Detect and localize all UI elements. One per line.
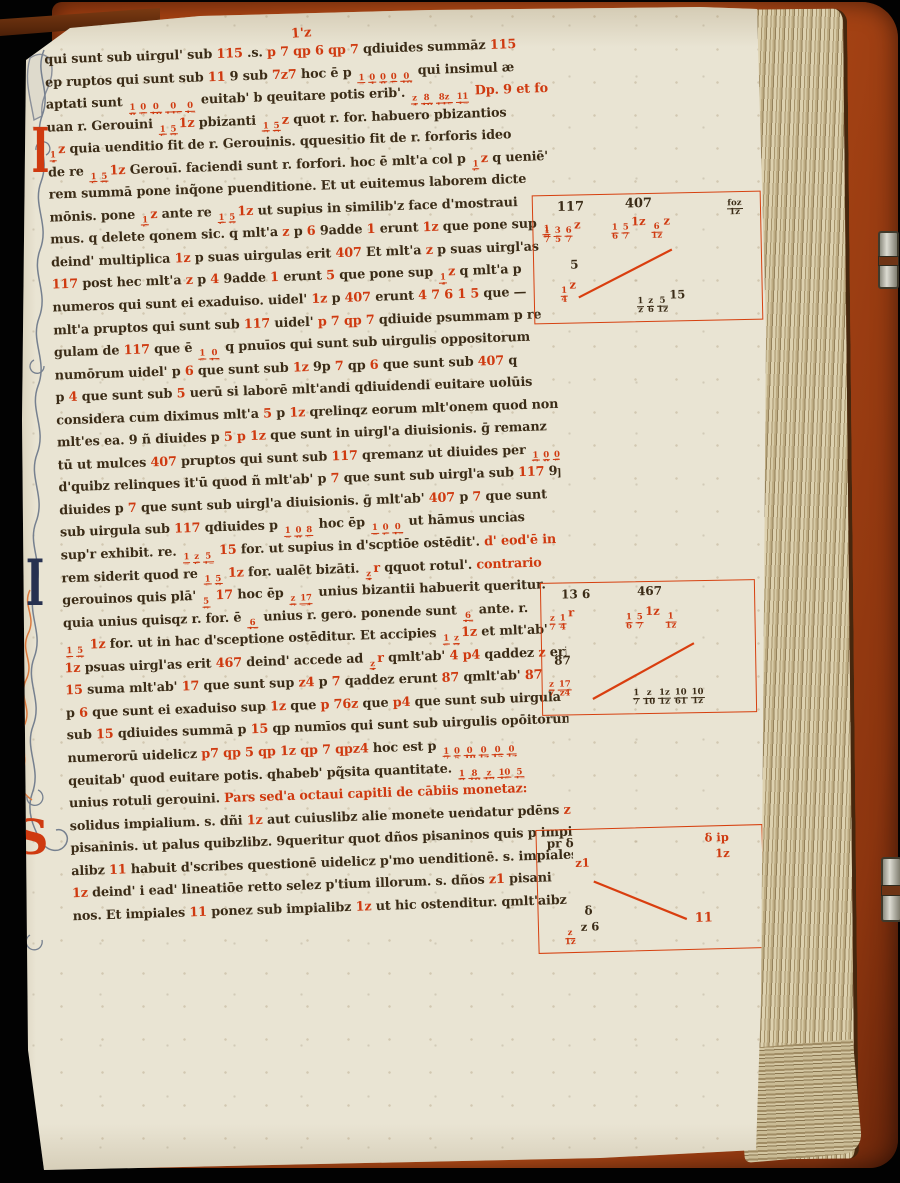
text-block: qui sunt sub uirgul' sub 115 .s. p 7 qp … [34, 33, 575, 929]
diagram-connector-line [533, 192, 763, 324]
exchange-diagram-3: pr δz1δ ip1zδz1z z 611 [535, 824, 765, 954]
exchange-diagram-2: 13 6z714r46716571z 11z87z717z417z101z1z1… [540, 579, 757, 716]
book-photograph: 42 1'z I I S qui sunt sub uirgul' sub 11… [0, 0, 900, 1183]
clasp-icon [881, 857, 900, 922]
exchange-diagram-1: 117173567z40716571z 61zzfoz1z514z1zz651z… [532, 191, 764, 325]
illuminated-initial-S-red: S [14, 814, 49, 862]
quire-mark: 1'z [291, 25, 312, 41]
clasp-icon [878, 231, 899, 289]
illuminated-initial-I-blue: I [26, 552, 45, 616]
diagram-connector-line [536, 825, 764, 953]
diagram-connector-line [541, 580, 756, 715]
